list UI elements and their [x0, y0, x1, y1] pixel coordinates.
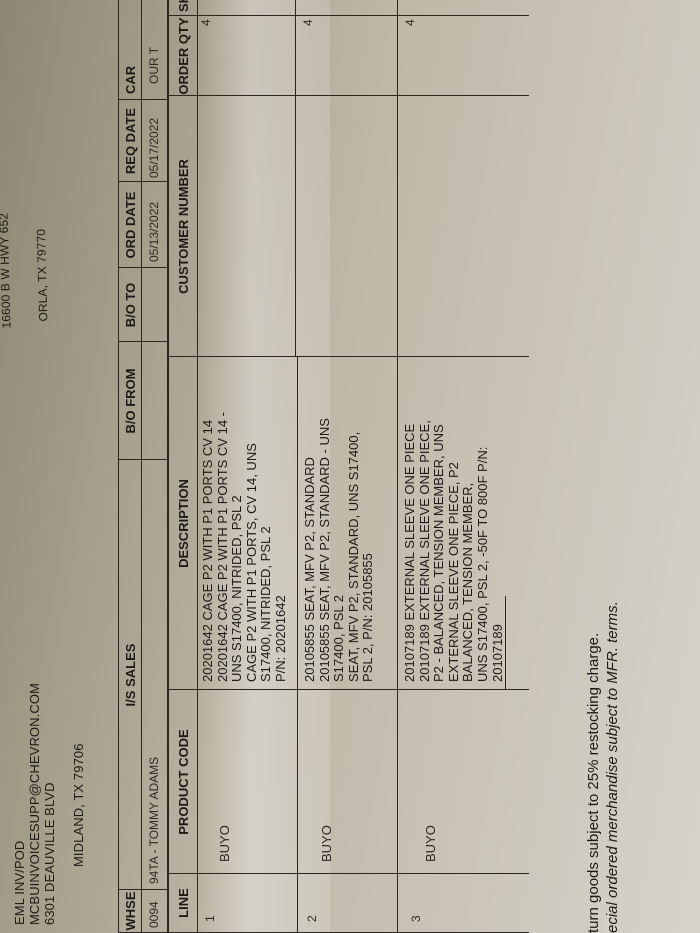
row-2-order-qty: 4 — [301, 19, 315, 26]
header-whse: WHSE — [123, 890, 138, 932]
special-order-note: ecial ordered merchandise subject to MFR… — [604, 601, 621, 933]
bill-to-line-2: MCBUINVOICESUPP@CHEVRON.COM — [27, 683, 42, 925]
col-product-code: PRODUCT CODE — [176, 690, 191, 874]
header-req-date: REQ DATE — [123, 100, 138, 182]
header-bo-from: B/O FROM — [123, 342, 138, 460]
bill-to-line-1: EML INV/POD — [12, 683, 27, 925]
is-sales-value: 94TA - TOMMY ADAMS — [147, 757, 161, 884]
bill-to-address: EML INV/POD MCBUINVOICESUPP@CHEVRON.COM … — [12, 683, 86, 925]
order-header-table: WHSE I/S SALES B/O FROM B/O TO ORD DATE … — [118, 0, 168, 933]
bill-to-city: MIDLAND, TX 79706 — [71, 683, 86, 867]
row-2-description: 20105855 SEAT, MFV P2, STANDARD 20105855… — [303, 418, 376, 682]
req-date-value: 05/17/2022 — [147, 118, 161, 178]
col-sh: SH — [176, 0, 191, 16]
ship-to-address: 16600 B W HWY 652 ORLA, TX 79770 — [0, 212, 52, 329]
ord-date-value: 05/13/2022 — [147, 202, 161, 262]
row-3-product-code: BUYO — [423, 825, 438, 862]
col-customer-number: CUSTOMER NUMBER — [176, 96, 191, 357]
header-car: CAR — [123, 0, 138, 100]
row-1-order-qty: 4 — [199, 19, 213, 26]
row-3-line: 3 — [409, 915, 423, 922]
row-1-line: 1 — [203, 915, 217, 922]
header-bo-to: B/O TO — [123, 268, 138, 342]
invoice-document: EML INV/POD MCBUINVOICESUPP@CHEVRON.COM … — [0, 0, 700, 933]
ship-to-line-1: 16600 B W HWY 652 — [0, 213, 15, 329]
col-order-qty: ORDER QTY — [176, 16, 191, 96]
header-ord-date: ORD DATE — [123, 182, 138, 268]
row-2-product-code: BUYO — [319, 825, 334, 862]
header-is-sales: I/S SALES — [123, 460, 138, 890]
restocking-note: turn goods subject to 25% restocking cha… — [585, 601, 602, 933]
ship-to-city: ORLA, TX 79770 — [33, 212, 51, 322]
car-value: OUR T — [147, 47, 161, 84]
row-3-order-qty: 4 — [403, 19, 417, 26]
terms-footer: turn goods subject to 25% restocking cha… — [585, 601, 621, 933]
row-2-line: 2 — [305, 915, 319, 922]
whse-value: 0094 — [147, 901, 161, 928]
line-items-table: LINE PRODUCT CODE DESCRIPTION CUSTOMER N… — [168, 0, 529, 933]
row-1-product-code: BUYO — [217, 825, 232, 862]
col-line: LINE — [176, 874, 191, 932]
col-description: DESCRIPTION — [176, 357, 191, 690]
row-3-description: 20107189 EXTERNAL SLEEVE ONE PIECE 20107… — [403, 420, 505, 682]
bill-to-line-3: 6301 DEAUVILLE BLVD — [42, 683, 57, 925]
row-1-description: 20201642 CAGE P2 WITH P1 PORTS CV 14 202… — [201, 412, 289, 682]
